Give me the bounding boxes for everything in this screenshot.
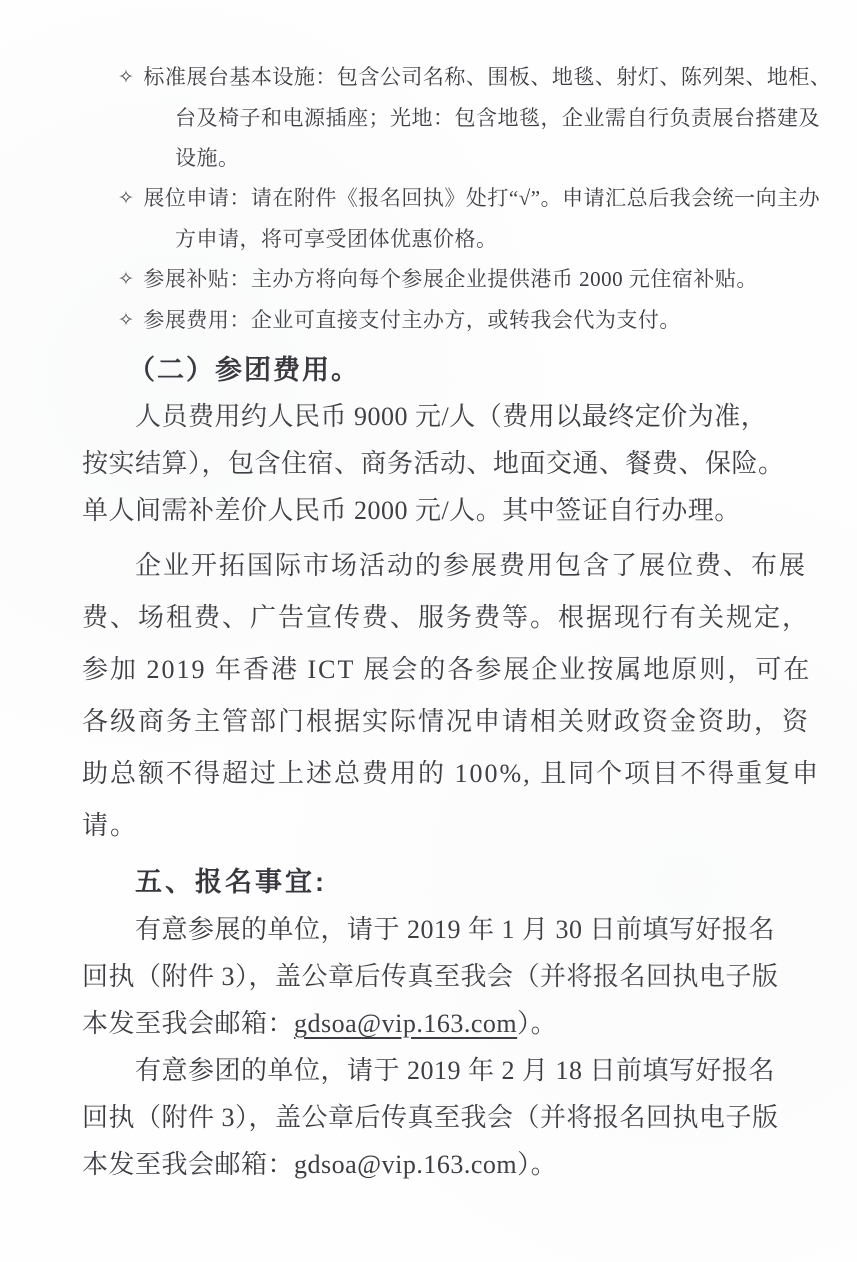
four-pointed-star-bullet-icon: ✧ [118, 57, 134, 97]
bullet-text: 参展补贴：主办方将向每个参展企业提供港币 2000 元住宿补贴。 [143, 267, 758, 291]
section-heading-group-fees: （二）参团费用。 [128, 347, 802, 393]
bullet-text: 标准展台基本设施：包含公司名称、围板、地毯、射灯、陈列架、地柜、 [143, 65, 831, 89]
bullet-text-line: 设施。 [175, 138, 802, 178]
paragraph-line: 助总额不得超过上述总费用的 100%, 且同个项目不得重复申 [82, 748, 802, 800]
email-text: gdsoa@vip.163.com [294, 1150, 517, 1179]
paragraph-line: 本发至我会邮箱：gdsoa@vip.163.com）。 [82, 1000, 802, 1047]
document-page: ✧标准展台基本设施：包含公司名称、围板、地毯、射灯、陈列架、地柜、 台及椅子和电… [0, 0, 857, 1262]
section-heading-signup: 五、报名事宜: [135, 858, 802, 906]
paragraph-subsidy-policy: 企业开拓国际市场活动的参展费用包含了展位费、布展 费、场租费、广告宣传费、服务费… [82, 540, 802, 852]
four-pointed-star-bullet-icon: ✧ [118, 259, 134, 299]
email-text: gdsoa@vip.163.com [294, 1009, 517, 1038]
paragraph-line: 单人间需补差价人民币 2000 元/人。其中签证自行办理。 [82, 487, 802, 534]
paragraph-line: 人员费用约人民币 9000 元/人（费用以最终定价为准， [135, 393, 802, 440]
paragraph-line: 企业开拓国际市场活动的参展费用包含了展位费、布展 [135, 540, 802, 592]
email-line-prefix: 本发至我会邮箱： [82, 1009, 294, 1038]
bullet-text-line: 台及椅子和电源插座；光地：包含地毯，企业需自行负责展台搭建及 [175, 98, 802, 138]
paragraph-line: 请。 [82, 800, 802, 852]
bullet-line: ✧参展补贴：主办方将向每个参展企业提供港币 2000 元住宿补贴。 [118, 259, 802, 300]
email-line-suffix: ）。 [517, 1009, 557, 1038]
bullet-text: 展位申请：请在附件《报名回执》处打“√”。申请汇总后我会统一向主办 [143, 186, 820, 210]
bullet-line: ✧标准展台基本设施：包含公司名称、围板、地毯、射灯、陈列架、地柜、 [118, 57, 802, 98]
bullet-text: 参展费用：企业可直接支付主办方，或转我会代为支付。 [143, 308, 681, 332]
paragraph-line: 有意参团的单位，请于 2019 年 2 月 18 日前填写好报名 [135, 1047, 802, 1094]
bullet-text-line: 方申请，将可享受团体优惠价格。 [175, 219, 802, 259]
paragraph-exhibit-signup: 有意参展的单位，请于 2019 年 1 月 30 日前填写好报名 回执（附件 3… [82, 906, 802, 1047]
paragraph-line: 按实结算），包含住宿、商务活动、地面交通、餐费、保险。 [82, 440, 802, 487]
paragraph-group-signup: 有意参团的单位，请于 2019 年 2 月 18 日前填写好报名 回执（附件 3… [82, 1047, 802, 1188]
bullet-line: ✧展位申请：请在附件《报名回执》处打“√”。申请汇总后我会统一向主办 [118, 178, 802, 219]
paragraph-personnel-fees: 人员费用约人民币 9000 元/人（费用以最终定价为准， 按实结算），包含住宿、… [82, 393, 802, 534]
four-pointed-star-bullet-icon: ✧ [118, 178, 134, 218]
paragraph-line: 费、场租费、广告宣传费、服务费等。根据现行有关规定， [82, 592, 802, 644]
facilities-bullet-list: ✧标准展台基本设施：包含公司名称、围板、地毯、射灯、陈列架、地柜、 台及椅子和电… [82, 57, 802, 341]
paragraph-line: 本发至我会邮箱：gdsoa@vip.163.com）。 [82, 1141, 802, 1188]
email-line-suffix: ）。 [517, 1150, 557, 1179]
email-line-prefix: 本发至我会邮箱： [82, 1150, 294, 1179]
paragraph-line: 回执（附件 3），盖公章后传真至我会（并将报名回执电子版 [82, 1094, 802, 1141]
paragraph-line: 回执（附件 3），盖公章后传真至我会（并将报名回执电子版 [82, 953, 802, 1000]
paragraph-line: 有意参展的单位，请于 2019 年 1 月 30 日前填写好报名 [135, 906, 802, 953]
paragraph-line: 各级商务主管部门根据实际情况申请相关财政资金资助，资 [82, 696, 802, 748]
bullet-line: ✧参展费用：企业可直接支付主办方，或转我会代为支付。 [118, 300, 802, 341]
paragraph-line: 参加 2019 年香港 ICT 展会的各参展企业按属地原则，可在 [82, 644, 802, 696]
four-pointed-star-bullet-icon: ✧ [118, 300, 134, 340]
